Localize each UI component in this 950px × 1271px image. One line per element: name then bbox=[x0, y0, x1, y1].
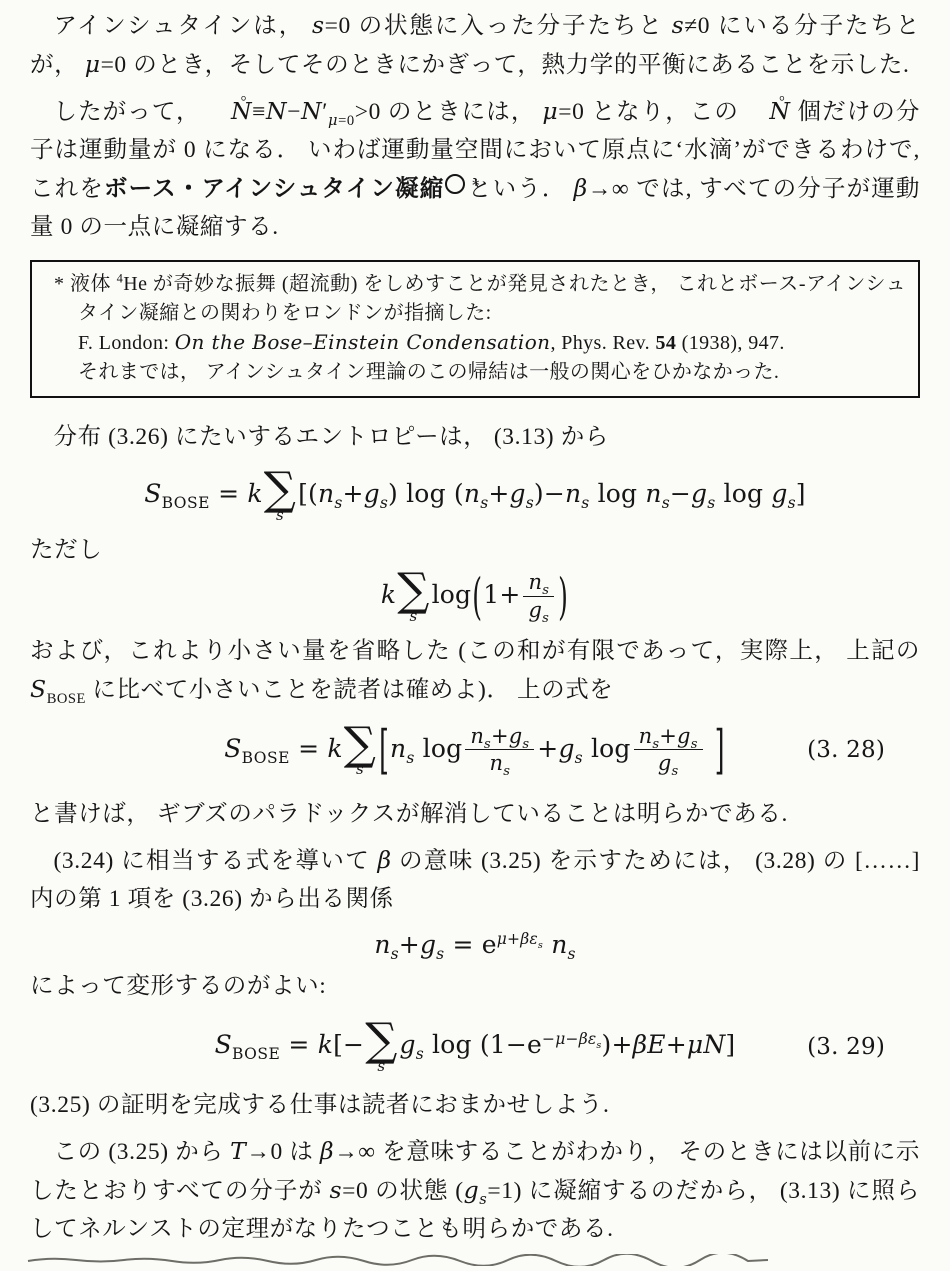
equation-entropy-bose: SBOSE = k∑s[(ns+gs) log (ns+gs)−ns log n… bbox=[30, 468, 920, 523]
equation-body: SBOSE = k∑s[(ns+gs) log (ns+gs)−ns log n… bbox=[144, 468, 805, 523]
equation-3-29: SBOSE = k[−∑sgs log (1−e−μ−βεs)+βE+μN] (… bbox=[30, 1019, 920, 1074]
footnote-box: * 液体 4He が奇妙な振舞 (超流動) をしめすことが発見されたとき， これ… bbox=[30, 260, 920, 398]
paragraph-gibbs-paradox: と書けば， ギブズのパラドックスが解消していることは明らかである. bbox=[30, 795, 920, 833]
equation-body: k∑slog(1+nsgs) bbox=[381, 569, 569, 624]
paragraph-tadashi: ただし bbox=[30, 531, 920, 569]
equation-relation: ns+gs = eμ+βεs ns bbox=[30, 928, 920, 959]
paragraph-omitted-terms: および，これより小さい量を省略した (この和が有限であって，実際上， 上記の S… bbox=[30, 632, 920, 709]
equation-number-3-29: (3. 29) bbox=[807, 1034, 885, 1060]
paragraph-nernst-theorem: この (3.25) から T→0 は β→∞ を意味することがわかり， そのとき… bbox=[30, 1132, 920, 1248]
equation-body: ns+gs = eμ+βεs ns bbox=[374, 930, 575, 959]
textbook-page: アインシュタインは， s=0 の状態に入った分子たちと s≠0 にいる分子たちと… bbox=[0, 0, 950, 1271]
footnote-text-remark: それまでは， アインシュタイン理論のこの帰結は一般の関心をひかなかった. bbox=[44, 358, 906, 387]
paragraph-einstein-statement: アインシュタインは， s=0 の状態に入った分子たちと s≠0 にいる分子たちと… bbox=[30, 6, 920, 84]
equation-body: SBOSE = k[−∑sgs log (1−e−μ−βεs)+βE+μN] bbox=[215, 1019, 736, 1074]
paragraph-entropy-intro: 分布 (3.26) にたいするエントロピーは， (3.13) から bbox=[30, 418, 920, 456]
equation-3-28: SBOSE = k∑s[ns logns+gsns+gs logns+gsgs … bbox=[30, 723, 920, 778]
paragraph-beta-meaning: (3.24) に相当する式を導いて β の意味 (3.25) を示すためには， … bbox=[30, 841, 920, 918]
paragraph-bose-einstein-condensation: したがって， N°≡N−N′μ=0>0 のときには， μ=0 となり，この N°… bbox=[30, 92, 920, 246]
paragraph-proof-left-to-reader: (3.25) の証明を完成する仕事は読者におまかせしよう. bbox=[30, 1086, 920, 1124]
footnote-text-superfluid: * 液体 4He が奇妙な振舞 (超流動) をしめすことが発見されたとき， これ… bbox=[44, 270, 906, 328]
equation-omitted-term: k∑slog(1+nsgs) bbox=[30, 569, 920, 624]
underline-annotation bbox=[26, 1254, 771, 1266]
equation-number-3-28: (3. 28) bbox=[807, 737, 885, 763]
equation-body: SBOSE = k∑s[ns logns+gsns+gs logns+gsgs … bbox=[224, 723, 725, 778]
footnote-reference-london: F. London: On the Bose–Einstein Condensa… bbox=[44, 328, 906, 358]
paragraph-transform: によって変形するのがよい: bbox=[30, 967, 920, 1005]
